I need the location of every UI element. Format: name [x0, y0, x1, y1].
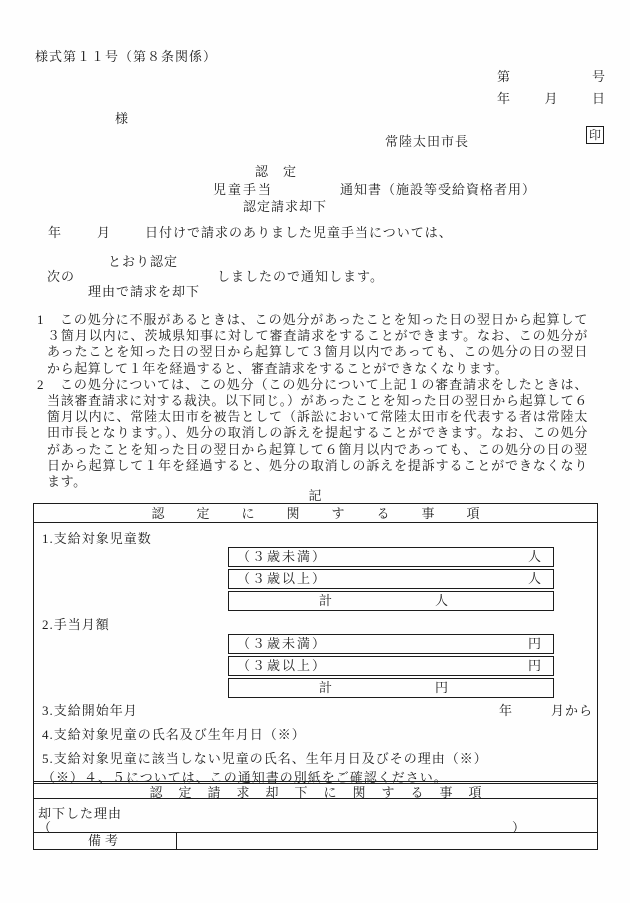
note-appeal: 1 この処分に不服があるときは、この処分があったことを知った日の翌日から起算して… — [0, 312, 630, 377]
seal-box: 印 — [586, 126, 604, 144]
rejection-reason-row: 却下した理由 （ ） — [34, 803, 597, 833]
addressee-suffix: 様 — [115, 108, 128, 127]
item3-label: 3.支給開始年月 — [42, 700, 138, 719]
table-row: （３歳未満） 人 — [228, 547, 554, 567]
table-row: （３歳以上） 人 — [228, 569, 554, 589]
remarks-label: 備考 — [34, 833, 177, 849]
intro-year-label: 年 — [48, 222, 61, 241]
item5-label: 5.支給対象児童に該当しない児童の氏名、生年月日及びその理由（※） — [42, 748, 488, 767]
title-right: 通知書（施設等受給資格者用） — [340, 179, 536, 198]
intro-option-approval: とおり認定 — [108, 251, 178, 270]
row-unit: 円 — [528, 657, 541, 675]
note-text: この処分に不服があるときは、この処分があったことを知った日の翌日から起算して３箇… — [47, 312, 588, 376]
table-row: （３歳未満） 円 — [228, 634, 554, 654]
item4-label: 4.支給対象児童の氏名及び生年月日（※） — [42, 724, 306, 743]
intro-option-rejection: 理由で請求を却下 — [88, 281, 200, 300]
table-total-row: 計 円 — [228, 678, 554, 698]
intro-text: 日付けで請求のありました児童手当については、 — [145, 222, 453, 241]
title-option-rejection: 認定請求却下 — [243, 196, 327, 215]
children-count-table: （３歳未満） 人 （３歳以上） 人 計 人 — [228, 547, 554, 613]
row-label: （３歳以上） — [237, 570, 327, 588]
section1-header: 認定に関する事項 — [34, 504, 597, 523]
total-unit: 人 — [435, 592, 448, 610]
row-unit: 円 — [528, 635, 541, 653]
item3-month-from-label: 月から — [551, 700, 593, 719]
intro-tail: しましたので通知します。 — [217, 266, 384, 285]
monthly-amount-table: （３歳未満） 円 （３歳以上） 円 計 円 — [228, 634, 554, 700]
row-unit: 人 — [528, 570, 541, 588]
document-page: 様式第１１号（第８条関係） 第 号 年 月 日 様 常陸太田市長 印 児童手当 … — [0, 0, 630, 903]
ki-heading: 記 — [0, 485, 630, 504]
total-label: 計 — [319, 679, 334, 697]
main-table: 認定に関する事項 1.支給対象児童数 （３歳未満） 人 （３歳以上） 人 計 人… — [33, 503, 598, 850]
intro-month-label: 月 — [97, 222, 110, 241]
row-label: （３歳以上） — [237, 657, 327, 675]
item2-label: 2.手当月額 — [42, 614, 110, 633]
item3-year-label: 年 — [499, 700, 512, 719]
item1-label: 1.支給対象児童数 — [42, 528, 152, 547]
date-year-label: 年 — [497, 88, 510, 107]
date-line: 年 月 日 — [497, 88, 605, 107]
total-label: 計 — [319, 592, 334, 610]
row-unit: 人 — [528, 548, 541, 566]
note-number: 1 — [37, 312, 44, 328]
row-label: （３歳未満） — [237, 635, 327, 653]
doc-number-line: 第 号 — [497, 66, 605, 85]
row-label: （３歳未満） — [237, 548, 327, 566]
form-number: 様式第１１号（第８条関係） — [35, 46, 217, 65]
table-total-row: 計 人 — [228, 591, 554, 611]
table-row: （３歳以上） 円 — [228, 656, 554, 676]
date-day-label: 日 — [592, 88, 605, 107]
title-option-approval: 認定 — [255, 161, 311, 180]
intro-next: 次の — [47, 266, 75, 285]
sender-name: 常陸太田市長 — [385, 131, 469, 150]
total-unit: 円 — [435, 679, 448, 697]
remarks-row: 備考 — [34, 833, 597, 849]
section2-header: 認定請求却下に関する事項 — [34, 781, 597, 799]
doc-number-suffix: 号 — [592, 66, 605, 85]
note-text: この処分については、この処分（この処分について上記１の審査請求をしたときは、当該… — [47, 377, 588, 489]
note-lawsuit: 2 この処分については、この処分（この処分について上記１の審査請求をしたときは、… — [0, 377, 630, 490]
note-number: 2 — [37, 377, 44, 393]
date-month-label: 月 — [544, 88, 557, 107]
legal-notes: 1 この処分に不服があるときは、この処分があったことを知った日の翌日から起算して… — [0, 312, 630, 490]
doc-number-prefix: 第 — [497, 66, 510, 85]
